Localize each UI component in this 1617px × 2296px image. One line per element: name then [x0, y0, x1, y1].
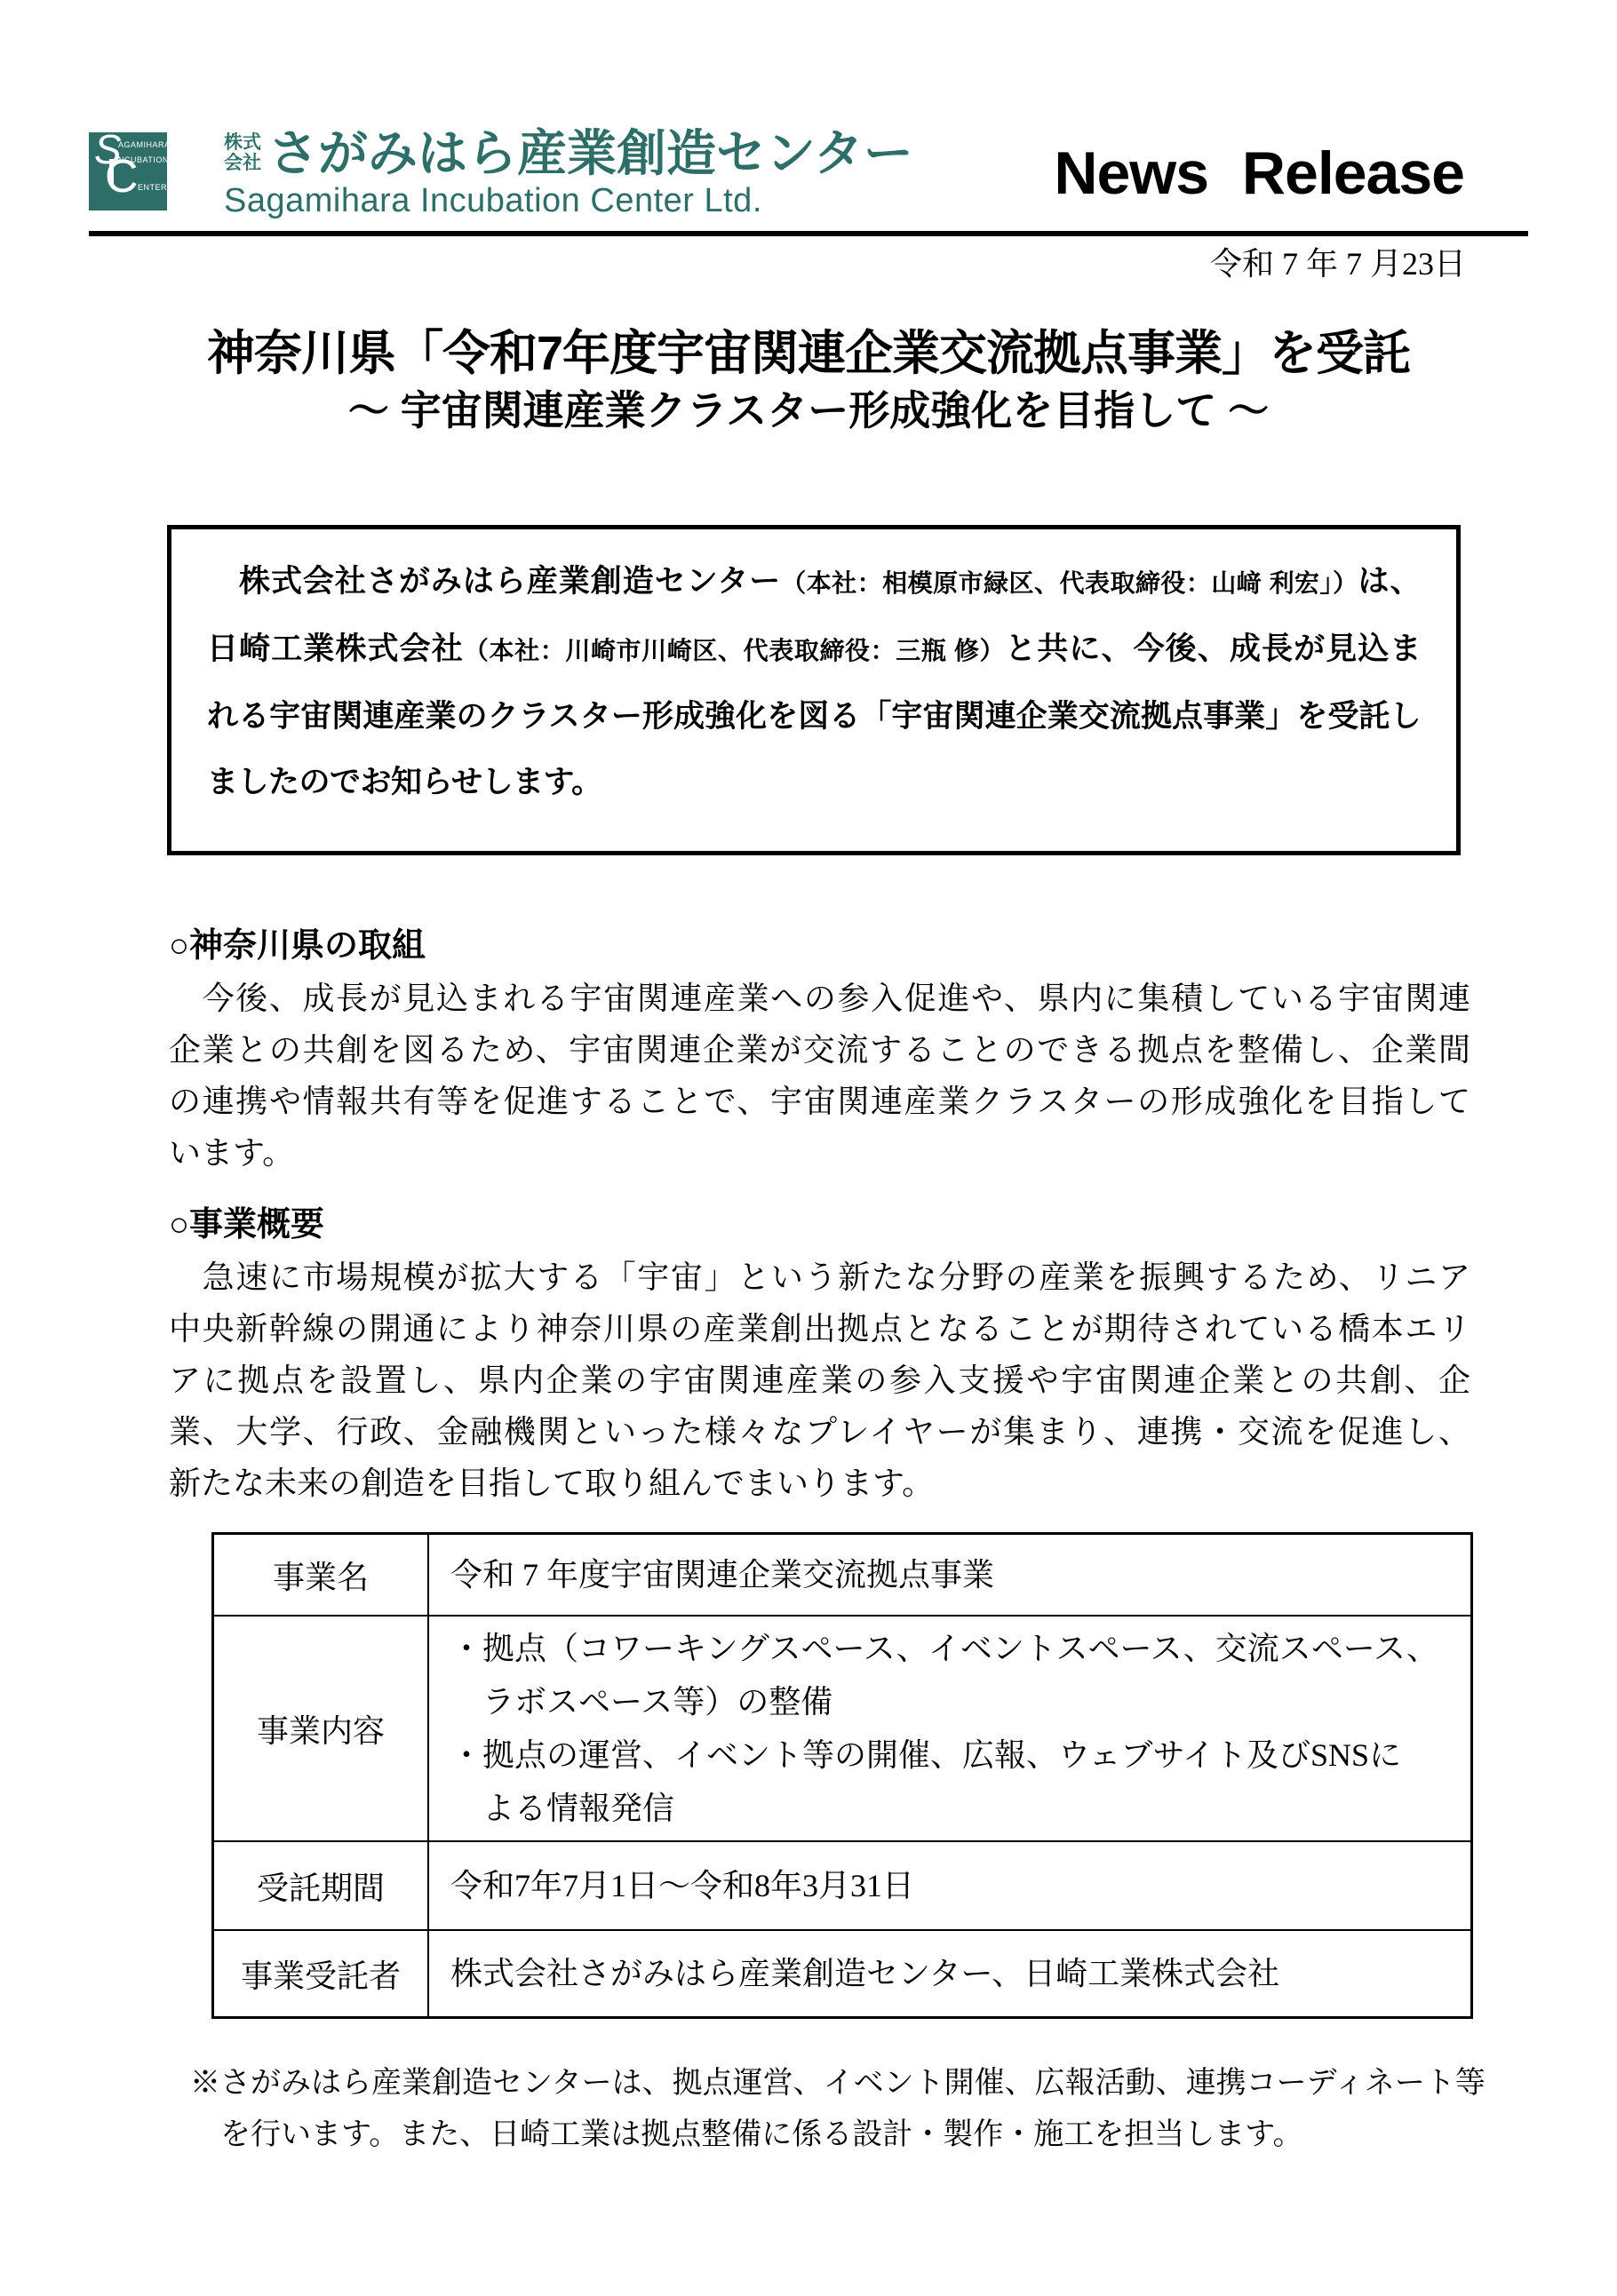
lead-summary-box: 株式会社さがみはら産業創造センター（本社：相模原市緑区、代表取締役：山﨑 利宏」… [167, 525, 1461, 855]
table-row-project-content: 事業内容 ・拠点（コワーキングスペース、イベントスペース、交流スペース、 ラボス… [213, 1616, 1472, 1841]
lead-line-1-text: 株式会社さがみはら産業創造センター [207, 564, 781, 599]
table-row-contract-period: 受託期間 令和7年7月1日～令和8年3月31日 [213, 1841, 1472, 1930]
row-label-project-content: 事業内容 [213, 1616, 429, 1841]
section-1-heading: ○神奈川県の取組 [169, 926, 1470, 965]
company-logo: S AGAMIHARA NCUBATION C ENTER [89, 132, 167, 211]
project-info-table: 事業名 令和 7 年度宇宙関連企業交流拠点事業 事業内容 ・拠点（コワーキングス… [211, 1532, 1473, 2019]
contract-period-value: 令和7年7月1日～令和8年3月31日 [450, 1859, 1449, 1912]
footnote: ※さがみはら産業創造センターは、拠点運営、イベント開催、広報活動、連携コーディネ… [190, 2058, 1505, 2161]
kabushiki-gaisha-stack: 株式 会社 [224, 133, 261, 173]
company-name-jp-row: 株式 会社 さがみはら産業創造センター [224, 129, 913, 179]
logo-word-sagamihara: AGAMIHARA [118, 141, 171, 149]
lead-line-2: 日崎工業株式会社（本社：川崎市川崎区、代表取締役：三瓶 修）と共に、今後、成長が… [207, 616, 1421, 684]
lead-line-2-tail: と共に、今後、成長が見込ま [1005, 632, 1421, 666]
section-2-line-5: 新たな未来の創造を目指して取り組んでまいります。 [169, 1458, 1470, 1509]
logo-letter-c: C [105, 154, 139, 200]
logo-word-center: ENTER [138, 184, 167, 192]
company-name-jp: さがみはら産業創造センター [268, 129, 913, 179]
kabushiki-top: 株式 [224, 133, 261, 154]
row-value-contractors: 株式会社さがみはら産業創造センター、日崎工業株式会社 [428, 1930, 1472, 2018]
section-2-line-3: アに拠点を設置し、県内企業の宇宙関連産業の参入支援や宇宙関連企業との共創、企 [169, 1355, 1470, 1406]
table-row-contractors: 事業受託者 株式会社さがみはら産業創造センター、日崎工業株式会社 [213, 1930, 1472, 2018]
lead-line-2-text: 日崎工業株式会社 [207, 632, 464, 666]
section-kanagawa-initiative: ○神奈川県の取組 今後、成長が見込まれる宇宙関連産業への参入促進や、県内に集積し… [169, 926, 1470, 1179]
section-1-line-4: います。 [169, 1127, 1470, 1179]
lead-line-3: れる宇宙関連産業のクラスター形成強化を図る「宇宙関連企業交流拠点事業」を受託し [207, 684, 1421, 750]
release-date: 令和 7 年 7 月23日 [89, 245, 1528, 283]
row-label-contract-period: 受託期間 [213, 1841, 429, 1930]
section-2-heading: ○事業概要 [169, 1205, 1470, 1244]
project-content-line-1: ・拠点（コワーキングスペース、イベントスペース、交流スペース、 [450, 1622, 1449, 1675]
section-2-line-2: 中央新幹線の開通により神奈川県の産業創出拠点となることが期待されている橋本エリ [169, 1303, 1470, 1355]
footnote-line-2: を行います。また、日崎工業は拠点整備に係る設計・製作・施工を担当します。 [190, 2109, 1505, 2161]
section-2-line-4: 業、大学、行政、金融機関といった様々なプレイヤーが集まり、連携・交流を促進し、 [169, 1406, 1470, 1458]
company-name-block: 株式 会社 さがみはら産業創造センター Sagamihara Incubatio… [224, 129, 913, 220]
page-title: 神奈川県「令和7年度宇宙関連企業交流拠点事業」を受託 [89, 328, 1528, 380]
lead-line-4: ましたのでお知らせします。 [207, 750, 1421, 815]
lead-line-1-paren: （本社：相模原市緑区、代表取締役：山﨑 利宏」） [781, 569, 1358, 597]
news-release-label: News Release [1054, 143, 1528, 203]
table-row-project-name: 事業名 令和 7 年度宇宙関連企業交流拠点事業 [213, 1534, 1472, 1617]
project-content-line-2: ラボスペース等）の整備 [450, 1675, 1449, 1728]
company-name-en: Sagamihara Incubation Center Ltd. [224, 182, 913, 220]
project-content-line-4: よる情報発信 [450, 1782, 1449, 1835]
project-content-line-3: ・拠点の運営、イベント等の開催、広報、ウェブサイト及びSNSに [450, 1728, 1449, 1782]
kabushiki-bottom: 会社 [224, 154, 261, 174]
lead-line-1-tail: は、 [1358, 564, 1421, 599]
lead-line-1: 株式会社さがみはら産業創造センター（本社：相模原市緑区、代表取締役：山﨑 利宏」… [207, 549, 1421, 616]
header-rule [89, 231, 1528, 236]
section-1-line-1: 今後、成長が見込まれる宇宙関連産業への参入促進や、県内に集積している宇宙関連 [169, 973, 1470, 1024]
contractors-value: 株式会社さがみはら産業創造センター、日崎工業株式会社 [450, 1947, 1449, 2000]
lead-line-2-paren: （本社：川崎市川崎区、代表取締役：三瓶 修） [464, 637, 1005, 664]
news-release-page: S AGAMIHARA NCUBATION C ENTER 株式 会社 さがみは… [0, 0, 1617, 2296]
footnote-line-1: ※さがみはら産業創造センターは、拠点運営、イベント開催、広報活動、連携コーディネ… [190, 2058, 1505, 2109]
row-value-project-content: ・拠点（コワーキングスペース、イベントスペース、交流スペース、 ラボスペース等）… [428, 1616, 1472, 1841]
row-value-contract-period: 令和7年7月1日～令和8年3月31日 [428, 1841, 1472, 1930]
row-value-project-name: 令和 7 年度宇宙関連企業交流拠点事業 [428, 1534, 1472, 1617]
row-label-project-name: 事業名 [213, 1534, 429, 1617]
page-subtitle: ～ 宇宙関連産業クラスター形成強化を目指して ～ [89, 388, 1528, 433]
header: S AGAMIHARA NCUBATION C ENTER 株式 会社 さがみは… [89, 129, 1528, 220]
section-2-line-1: 急速に市場規模が拡大する「宇宙」という新たな分野の産業を振興するため、リニア [169, 1251, 1470, 1303]
section-project-overview: ○事業概要 急速に市場規模が拡大する「宇宙」という新たな分野の産業を振興するため… [169, 1205, 1470, 1509]
section-1-line-3: の連携や情報共有等を促進することで、宇宙関連産業クラスターの形成強化を目指して [169, 1076, 1470, 1127]
row-label-contractors: 事業受託者 [213, 1930, 429, 2018]
section-1-line-2: 企業との共創を図るため、宇宙関連企業が交流することのできる拠点を整備し、企業間 [169, 1024, 1470, 1076]
project-name-value: 令和 7 年度宇宙関連企業交流拠点事業 [450, 1548, 1449, 1601]
